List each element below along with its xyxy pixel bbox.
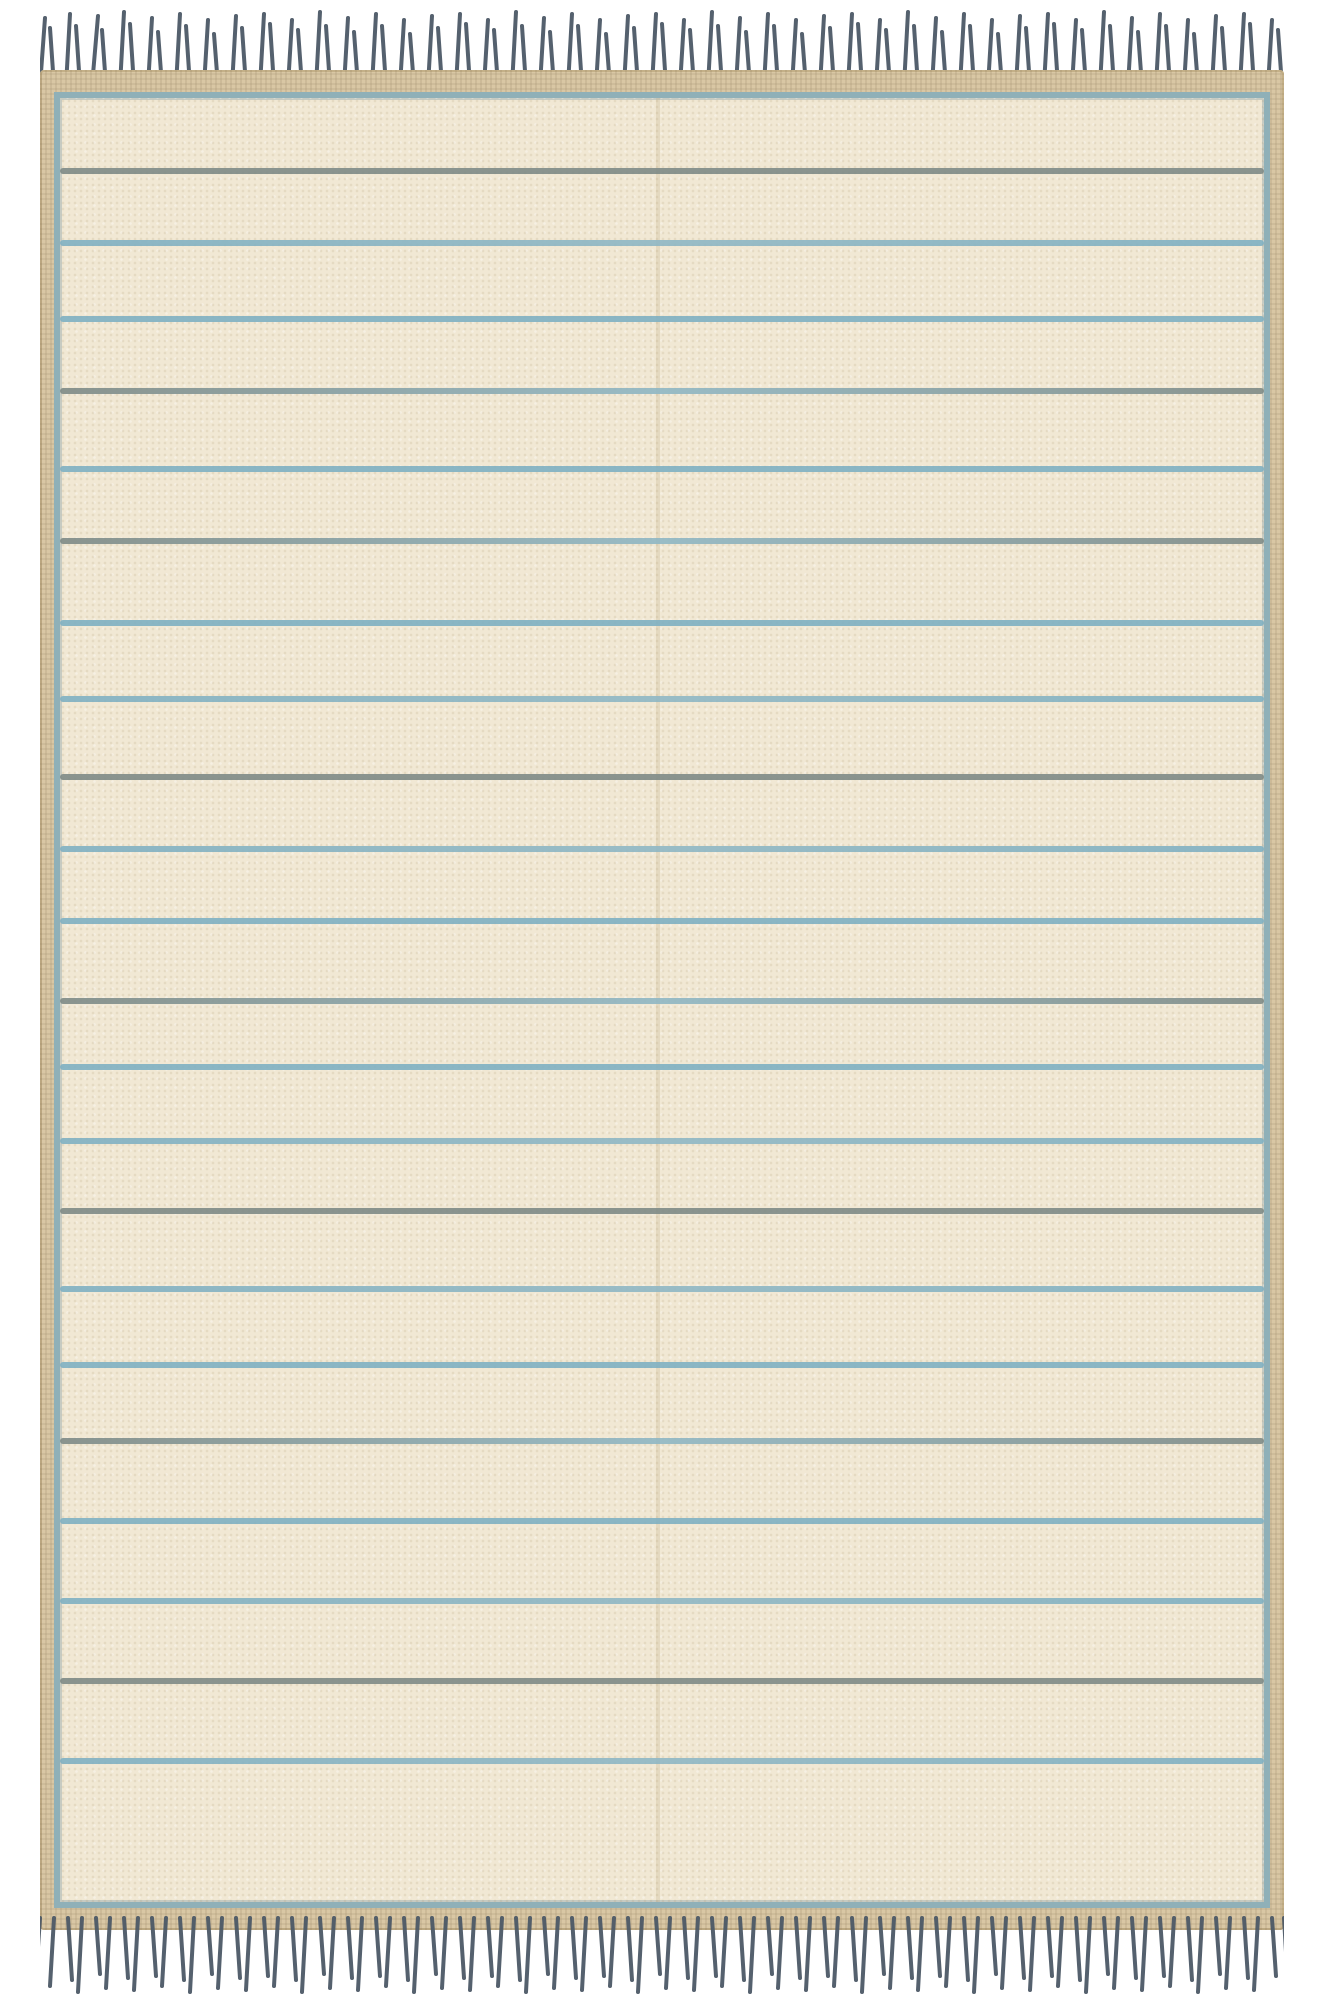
stripe <box>60 1758 1264 1764</box>
stripe <box>60 846 1264 852</box>
stripe <box>60 1518 1264 1524</box>
stripe <box>60 538 1264 544</box>
stripe <box>60 1064 1264 1070</box>
stripe <box>60 774 1264 780</box>
stripe <box>60 466 1264 472</box>
fringe-bottom-graphic <box>40 1916 1284 1996</box>
stripe <box>60 620 1264 626</box>
stripe <box>60 240 1264 246</box>
stripe <box>60 316 1264 322</box>
stripe <box>60 1678 1264 1684</box>
stripe <box>60 998 1264 1004</box>
rug-field <box>54 92 1270 1908</box>
stripe <box>60 1362 1264 1368</box>
stripe <box>60 1208 1264 1214</box>
stripe <box>60 918 1264 924</box>
stripe <box>60 1598 1264 1604</box>
stripe <box>60 388 1264 394</box>
bottom-fringe <box>40 1916 1284 1996</box>
stripe <box>60 1438 1264 1444</box>
rug <box>40 70 1284 1930</box>
stripe <box>60 696 1264 702</box>
stripe <box>60 168 1264 174</box>
stripe <box>60 1286 1264 1292</box>
stripe <box>60 1138 1264 1144</box>
